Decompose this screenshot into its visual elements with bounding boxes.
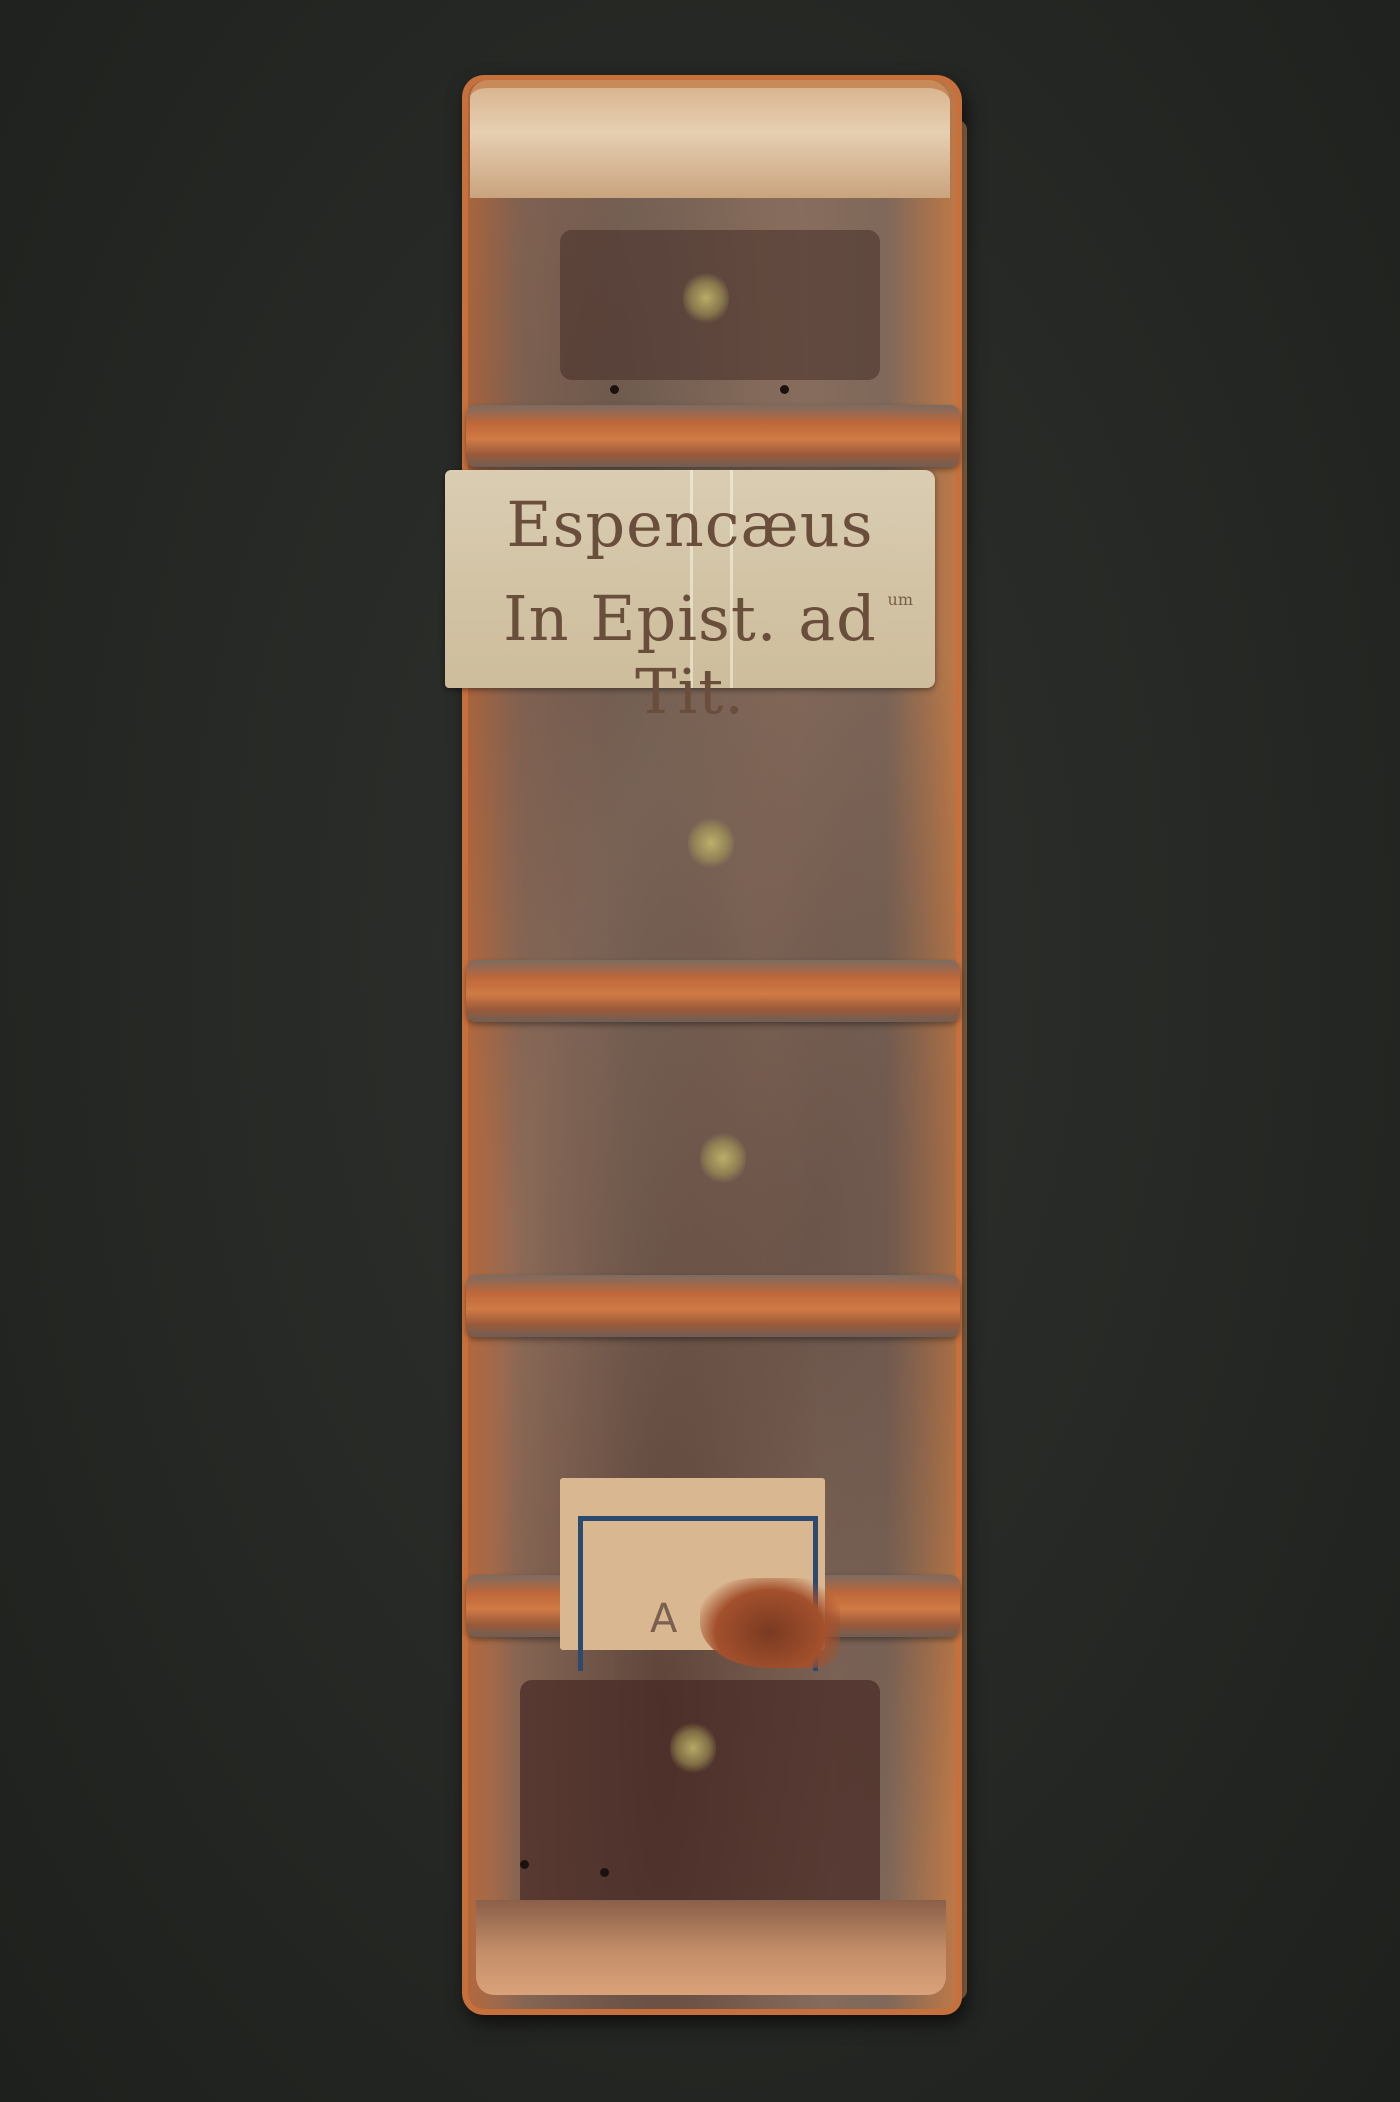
title-author: Espencæus xyxy=(445,488,935,561)
raised-band xyxy=(466,405,960,467)
leather-patch xyxy=(520,1680,880,1910)
title-superscript: um xyxy=(888,590,913,609)
wormhole xyxy=(600,1868,609,1877)
gilt-fleuron-ornament xyxy=(688,815,734,871)
gilt-fleuron-ornament xyxy=(700,1130,746,1186)
raised-band xyxy=(466,1275,960,1337)
spine-title-label: Espencæus In Epist. ad Tit. um xyxy=(445,470,935,688)
book-spine-photograph: Espencæus In Epist. ad Tit. um A xyxy=(0,0,1400,2102)
shelf-mark-label: A xyxy=(560,1478,825,1650)
label-tear xyxy=(700,1578,840,1668)
wormhole xyxy=(520,1860,529,1869)
wormhole xyxy=(610,385,619,394)
gilt-fleuron-ornament xyxy=(683,270,729,326)
raised-band xyxy=(466,960,960,1022)
wormhole xyxy=(780,385,789,394)
spine-headcap-damaged xyxy=(470,80,950,198)
shelf-mark-letter: A xyxy=(650,1596,677,1642)
gilt-fleuron-ornament xyxy=(670,1720,716,1776)
spine-tailcap xyxy=(476,1900,946,1995)
title-work: In Epist. ad Tit. xyxy=(445,582,935,728)
